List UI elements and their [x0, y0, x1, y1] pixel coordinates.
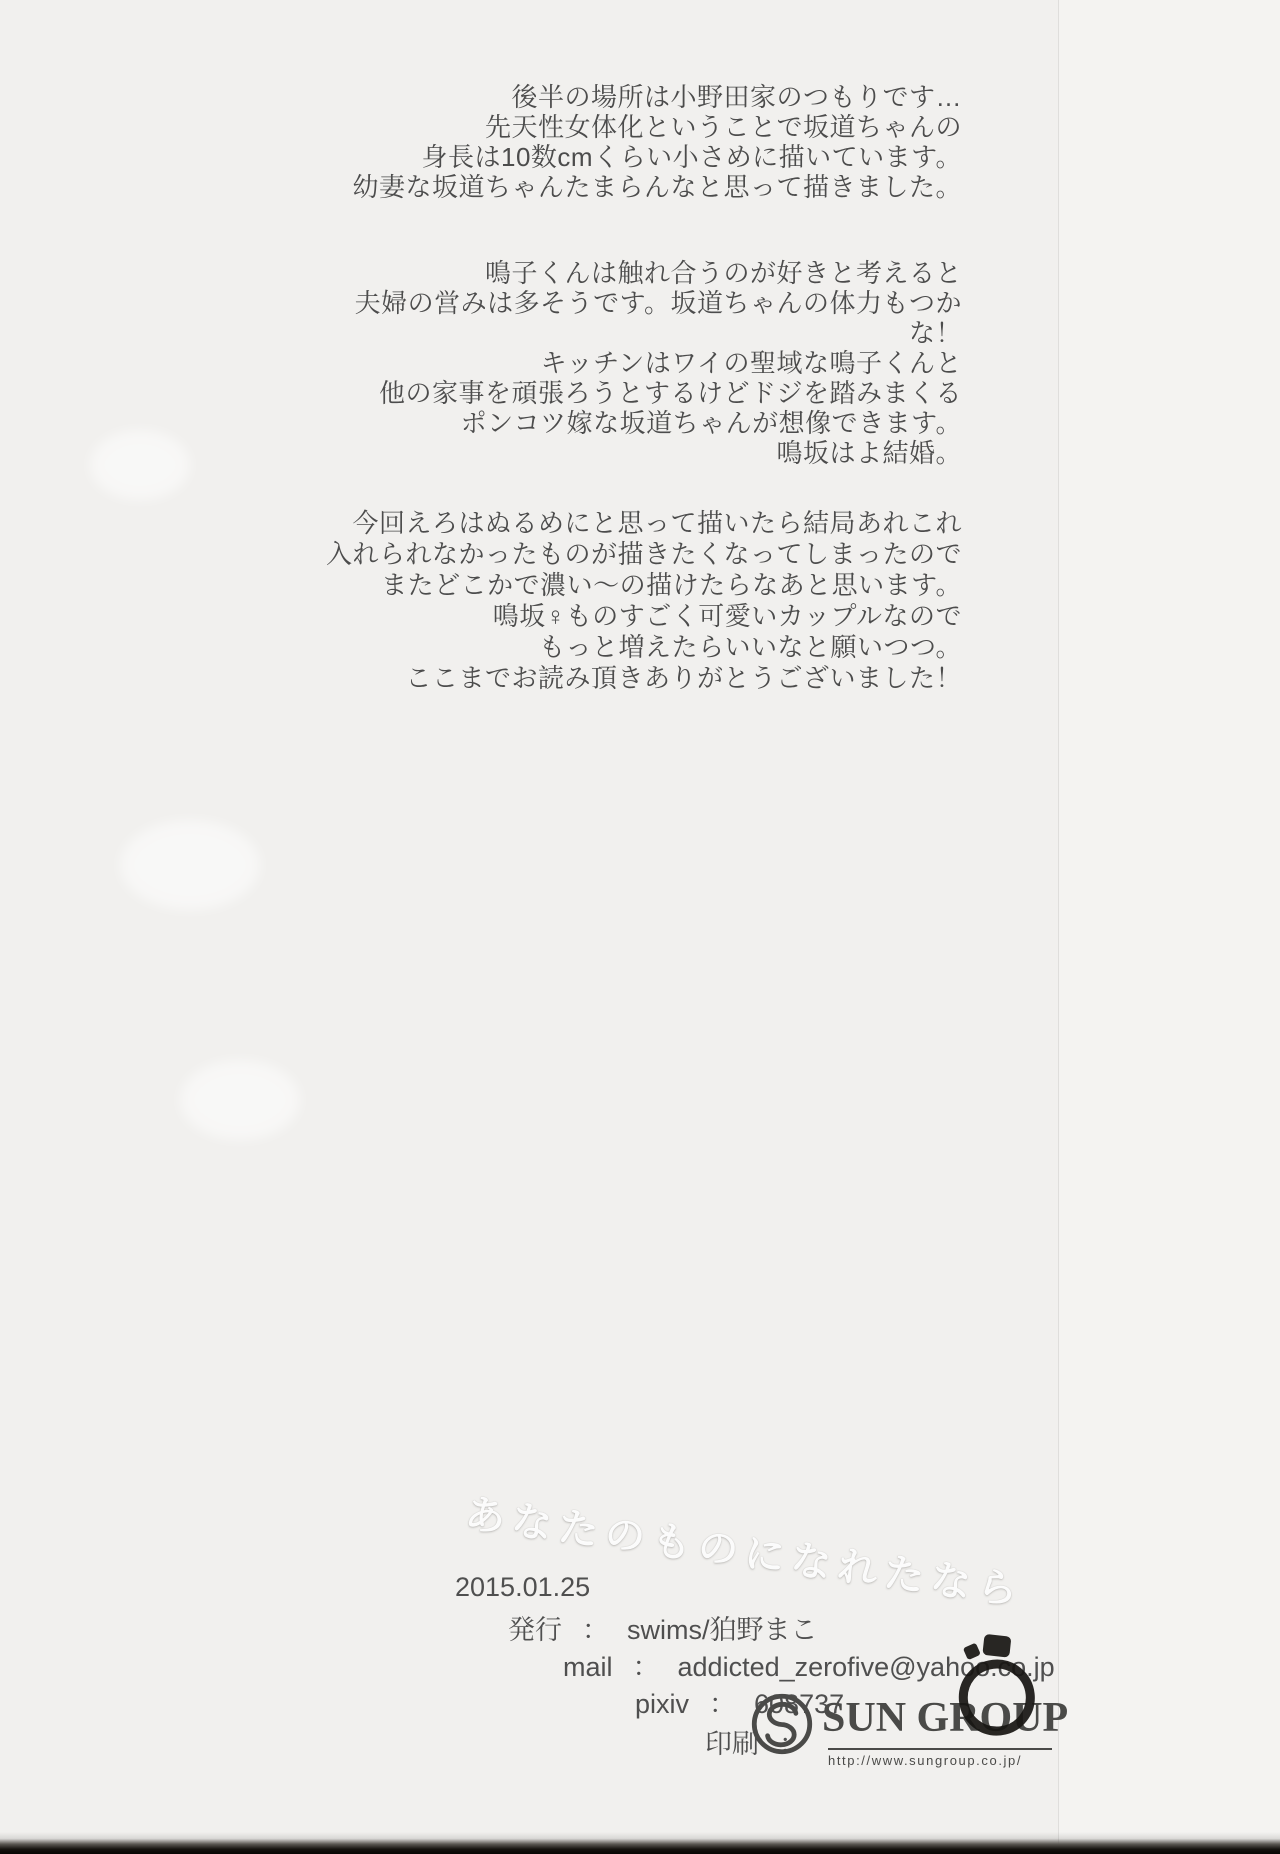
scan-bottom-edge: [0, 1832, 1280, 1854]
afterword-paragraph-2: 鳴子くんは触れ合うのが好きと考えると 夫婦の営みは多そうです。坂道ちゃんの体力も…: [322, 258, 962, 468]
afterword-line: 入れられなかったものが描きたくなってしまったので: [322, 539, 962, 570]
publisher-value: swims/狛野まこ: [627, 1615, 818, 1645]
afterword-paragraph-3: 今回えろはぬるめにと思って描いたら結局あれこれ 入れられなかったものが描きたくな…: [322, 508, 962, 694]
colon-separator: ：: [582, 1615, 609, 1645]
colon-separator: ：: [633, 1652, 660, 1682]
pixiv-label: pixiv: [635, 1689, 689, 1719]
publisher-row: 発行：swims/狛野まこ: [508, 1608, 818, 1647]
afterword-line: 鳴坂♀ものすごく可愛いカップルなので: [322, 601, 962, 632]
colon-separator: ：: [709, 1689, 736, 1719]
scan-artifact: [90, 430, 190, 500]
scanned-afterword-page: 後半の場所は小野田家のつもりです… 先天性女体化ということで坂道ちゃんの 身長は…: [0, 0, 1280, 1854]
page-edge-shadow: [1058, 0, 1280, 1854]
afterword-line: キッチンはワイの聖域な鳴子くんと: [322, 348, 962, 378]
afterword-line: もっと増えたらいいなと願いつつ。: [322, 632, 962, 663]
scan-artifact: [180, 1060, 300, 1140]
afterword-line: またどこかで濃い〜の描けたらなあと思います。: [322, 570, 962, 601]
afterword-line: ここまでお読み頂きありがとうございました！: [322, 663, 962, 694]
ring-gem: [963, 1643, 981, 1661]
ring-band: [955, 1656, 1039, 1740]
afterword-line: 今回えろはぬるめにと思って描いたら結局あれこれ: [322, 508, 962, 539]
afterword-line: 他の家事を頑張ろうとするけどドジを踏みまくる: [322, 378, 962, 408]
sun-group-url: http://www.sungroup.co.jp/: [828, 1748, 1052, 1768]
afterword-line: 後半の場所は小野田家のつもりです…: [322, 82, 962, 112]
publication-date: 2015.01.25: [455, 1572, 590, 1603]
afterword-line: 夫婦の営みは多そうです。坂道ちゃんの体力もつかな！: [322, 288, 962, 348]
afterword-text-block: 後半の場所は小野田家のつもりです… 先天性女体化ということで坂道ちゃんの 身長は…: [322, 82, 962, 694]
sun-group-circle-logo-icon: [750, 1692, 814, 1756]
afterword-line: ポンコツ嫁な坂道ちゃんが想像できます。: [322, 408, 962, 438]
wedding-ring-icon: [944, 1630, 1039, 1750]
afterword-line: 先天性女体化ということで坂道ちゃんの: [322, 112, 962, 142]
afterword-paragraph-1: 後半の場所は小野田家のつもりです… 先天性女体化ということで坂道ちゃんの 身長は…: [322, 82, 962, 202]
afterword-line: 鳴子くんは触れ合うのが好きと考えると: [322, 258, 962, 288]
afterword-line: 鳴坂はよ結婚。: [322, 438, 962, 468]
ring-gem: [982, 1634, 1011, 1658]
publisher-label: 発行: [508, 1615, 562, 1645]
afterword-line: 幼妻な坂道ちゃんたまらんなと思って描きました。: [322, 172, 962, 202]
scan-artifact: [120, 820, 260, 910]
mail-label: mail: [563, 1652, 613, 1682]
afterword-line: 身長は10数cmくらい小さめに描いています。: [322, 142, 962, 172]
